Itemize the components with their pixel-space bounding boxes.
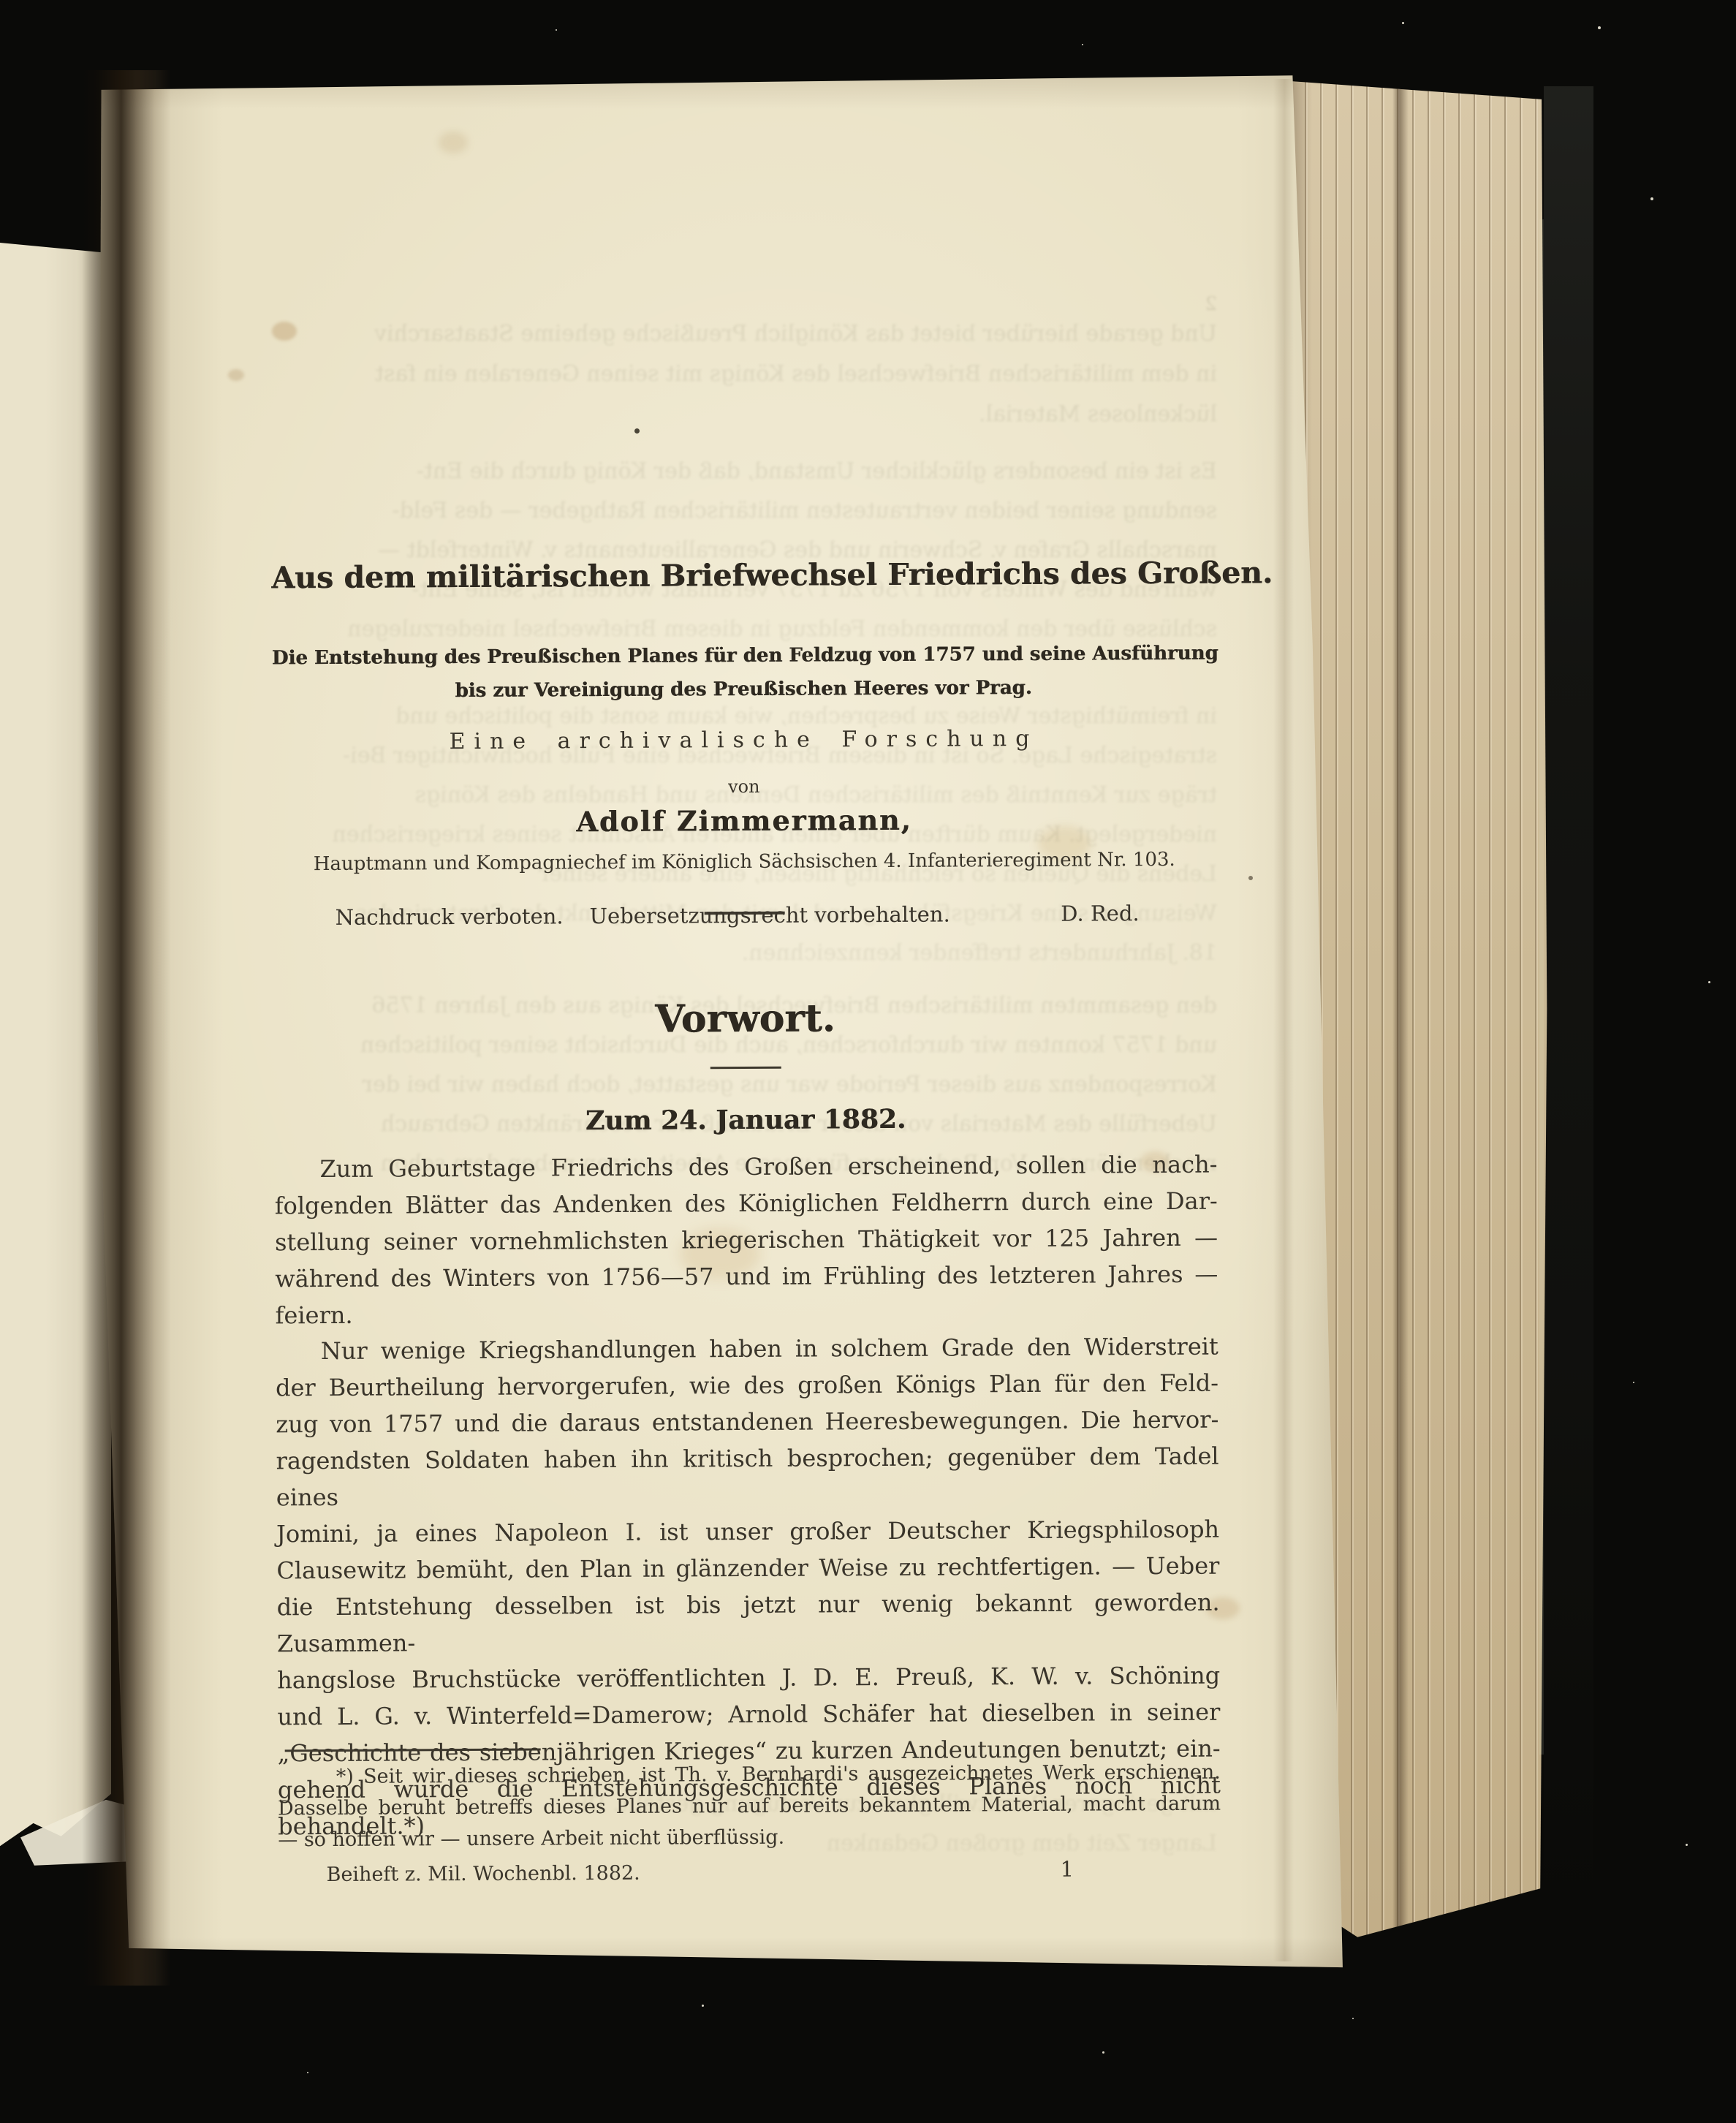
- article-subtitle-line2: bis zur Vereinigung des Preußischen Heer…: [272, 676, 1215, 703]
- rights-notice: Nachdruck verboten. Uebersetzungsrecht v…: [336, 901, 1140, 930]
- paragraph-1: Zum Geburtstage Friedrichs des Großen er…: [274, 1146, 1218, 1334]
- rights-notice-center: Uebersetzungsrecht vorbehalten.: [589, 902, 950, 929]
- footnote-line: *) Seit wir dieses schrieben, ist Th. v.…: [278, 1757, 1221, 1793]
- byline-von: von: [273, 774, 1216, 800]
- body-line: die Entstehung desselben ist bis jetzt n…: [277, 1584, 1221, 1662]
- page-number: 1: [1060, 1857, 1074, 1882]
- author-name: Adolf Zimmermann,: [273, 802, 1216, 840]
- dateline-heading: Zum 24. Januar 1882.: [274, 1103, 1217, 1138]
- author-role: Hauptmann und Kompagniechef im Königlich…: [273, 849, 1216, 876]
- body-line: feiern.: [275, 1293, 1218, 1334]
- body-line: Jomini, ja eines Napoleon I. ist unser g…: [276, 1511, 1219, 1553]
- footnote-line: Dasselbe beruht betreffs dieses Planes n…: [278, 1788, 1221, 1825]
- section-heading-vorwort: Vorwort.: [273, 996, 1216, 1043]
- body-line: folgenden Blätter das Andenken des König…: [275, 1183, 1218, 1225]
- body-line: der Beurtheilung hervorgerufen, wie des …: [276, 1365, 1218, 1407]
- body-line: stellung seiner vornehmlichsten kriegeri…: [275, 1219, 1218, 1261]
- section-heading-rule: [710, 1067, 781, 1070]
- rights-notice-right: D. Red.: [1061, 901, 1140, 926]
- body-line: hangslose Bruchstücke veröffentlichten J…: [277, 1657, 1220, 1699]
- footnote: *) Seit wir dieses schrieben, ist Th. v.…: [278, 1757, 1221, 1856]
- body-line: Clausewitz bemüht, den Plan in glänzende…: [276, 1548, 1219, 1589]
- body-line: Zum Geburtstage Friedrichs des Großen er…: [274, 1146, 1217, 1188]
- body-line: während des Winters von 1756—57 und im F…: [275, 1256, 1218, 1298]
- genre-line: Eine archivalische Forschung: [272, 725, 1215, 756]
- body-line: und L. G. v. Winterfeld=Damerow; Arnold …: [277, 1694, 1220, 1736]
- body-line: ragendsten Soldaten haben ihn kritisch b…: [276, 1438, 1219, 1516]
- book-scan-photo: 2 Und gerade hierüber bietet das Königli…: [0, 0, 1736, 2123]
- body-line: Nur wenige Kriegshandlungen haben in sol…: [276, 1328, 1218, 1370]
- body-line: zug von 1757 und die daraus entstandenen…: [276, 1401, 1218, 1443]
- imprint-line: Beiheft z. Mil. Wochenbl. 1882.: [326, 1862, 640, 1886]
- page-footer: Beiheft z. Mil. Wochenbl. 1882. 1: [278, 1859, 1221, 1887]
- rights-notice-left: Nachdruck verboten.: [336, 904, 564, 930]
- article-subtitle-line1: Die Entstehung des Preußischen Planes fü…: [272, 643, 1215, 670]
- article-title: Aus dem militärischen Briefwechsel Fried…: [271, 555, 1214, 597]
- footnote-line: — so hoffen wir — unsere Arbeit nicht üb…: [278, 1820, 1221, 1856]
- printed-content: Aus dem militärischen Briefwechsel Fried…: [0, 0, 1736, 2123]
